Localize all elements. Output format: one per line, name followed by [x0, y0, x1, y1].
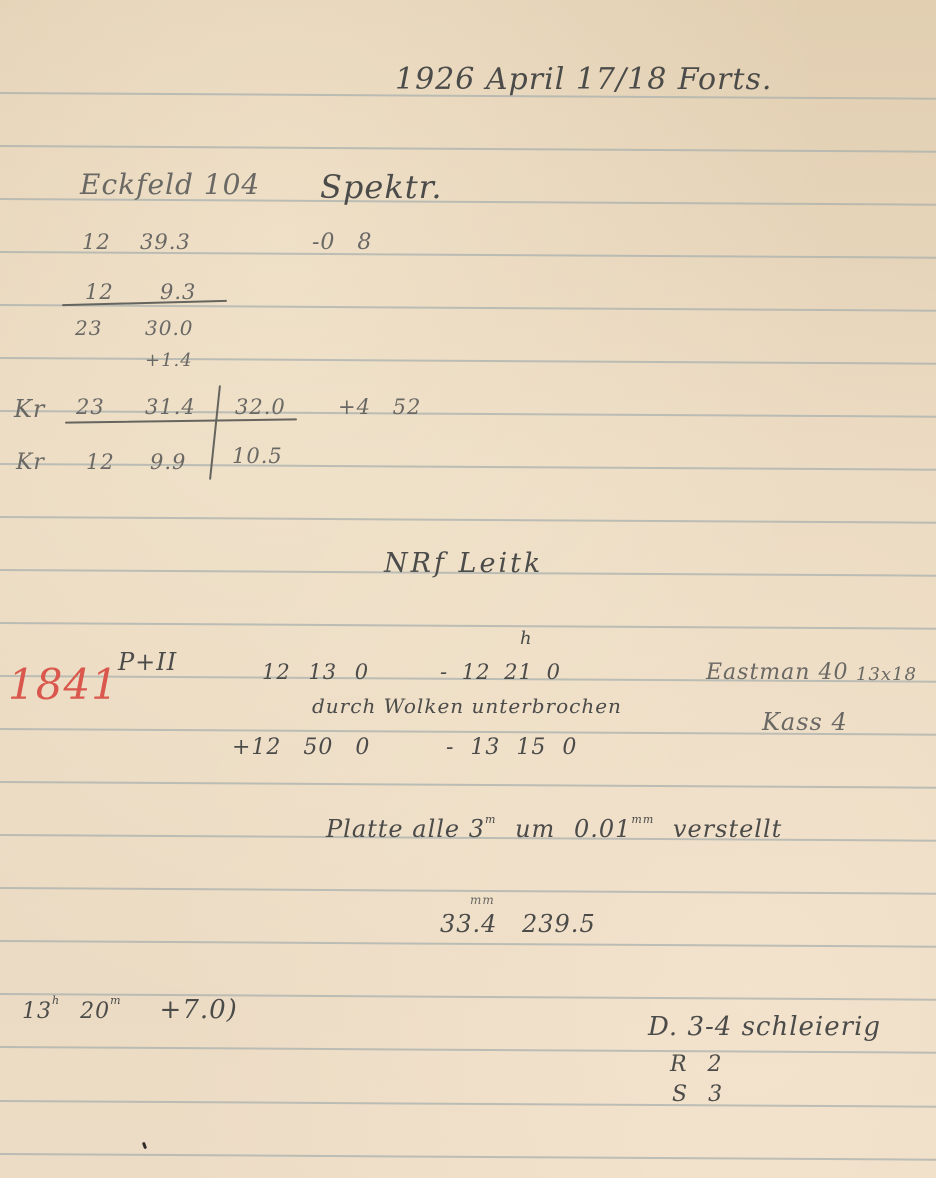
row-6-h: 12 [86, 450, 115, 474]
exposure-1-start: 12 13 0 [262, 660, 369, 684]
ruled-line [0, 622, 936, 629]
ruled-line [0, 410, 936, 417]
conditions-line-2: R 2 [670, 1052, 723, 1077]
exposure-1-end: - 12 21 0 [440, 660, 561, 684]
plate-note-suffix: verstellt [673, 815, 782, 843]
row-5-h: 23 [76, 395, 105, 419]
exposure-1-sup: h [520, 628, 533, 649]
row-5-alt: 32.0 [235, 395, 286, 419]
plate-note-mid: um [515, 815, 555, 843]
paper-speck [142, 1142, 147, 1150]
exposure-2-end: - 13 15 0 [446, 735, 577, 760]
plate-label: P+II [118, 648, 177, 676]
row-5-label: Kr [14, 395, 45, 423]
reading-1-sup: mm [470, 893, 495, 907]
interruption-note: durch Wolken unterbrochen [312, 694, 622, 718]
plate-note-value-sup: mm [631, 813, 654, 826]
time-note-hours-sup: h [52, 994, 60, 1007]
section-heading: NRf Leitk [384, 548, 543, 579]
row-3-h: 23 [75, 316, 102, 340]
time-note-hours: 13 [22, 999, 52, 1024]
row-2-h: 12 [85, 280, 114, 304]
spektr-title: Spektr. [320, 168, 443, 206]
ruled-line [0, 1100, 936, 1107]
plate-note-prefix: Platte alle 3 [326, 815, 485, 843]
exposure-2-start: +12 50 0 [232, 735, 370, 760]
time-note-value: +7.0) [160, 995, 238, 1025]
time-note-minutes-sup: m [110, 994, 121, 1007]
row-6-m: 9.9 [150, 450, 186, 474]
ruled-line [0, 1153, 936, 1160]
time-note-minutes: 20 [80, 999, 110, 1024]
ruled-line [0, 357, 936, 364]
reading-2: 239.5 [522, 910, 596, 938]
ruled-line [0, 304, 936, 311]
time-note: 13h 20m +7.0) [22, 995, 238, 1025]
result-underline [65, 418, 297, 423]
row-3-m: 30.0 [145, 316, 194, 340]
plate-size: 13x18 [856, 664, 917, 685]
ruled-line [0, 781, 936, 788]
row-5-m: 31.4 [145, 395, 196, 419]
row-4-m: +1.4 [145, 350, 193, 371]
plate-note: Platte alle 3m um 0.01mm verstellt [326, 815, 782, 843]
conditions-line-3: S 3 [672, 1082, 723, 1107]
plate-note-prefix-sup: m [485, 813, 496, 826]
row-6-alt: 10.5 [232, 444, 283, 468]
eckfeld-title: Eckfeld 104 [80, 168, 260, 201]
notebook-page: 1926 April 17/18 Forts. Eckfeld 104 12 3… [0, 0, 936, 1178]
spektr-value-1: -0 8 [312, 230, 372, 255]
plate-type: Eastman 40 [706, 660, 848, 685]
ruled-line [0, 463, 936, 470]
ruled-line [0, 145, 936, 152]
spektr-value-2: +4 52 [338, 395, 421, 419]
entry-number: 1841 [8, 660, 119, 709]
row-1-m: 39.3 [140, 230, 191, 254]
conditions-line-1: D. 3-4 schleierig [648, 1012, 881, 1042]
ruled-line [0, 1046, 936, 1053]
reading-1: 33.4 [440, 910, 497, 938]
ruled-line [0, 887, 936, 894]
ruled-line [0, 516, 936, 523]
cassette: Kass 4 [762, 708, 848, 736]
date-heading: 1926 April 17/18 Forts. [395, 62, 772, 97]
row-6-label: Kr [16, 450, 45, 475]
plate-note-value: 0.01 [574, 815, 631, 843]
ruled-line [0, 940, 936, 947]
row-1-h: 12 [82, 230, 111, 254]
